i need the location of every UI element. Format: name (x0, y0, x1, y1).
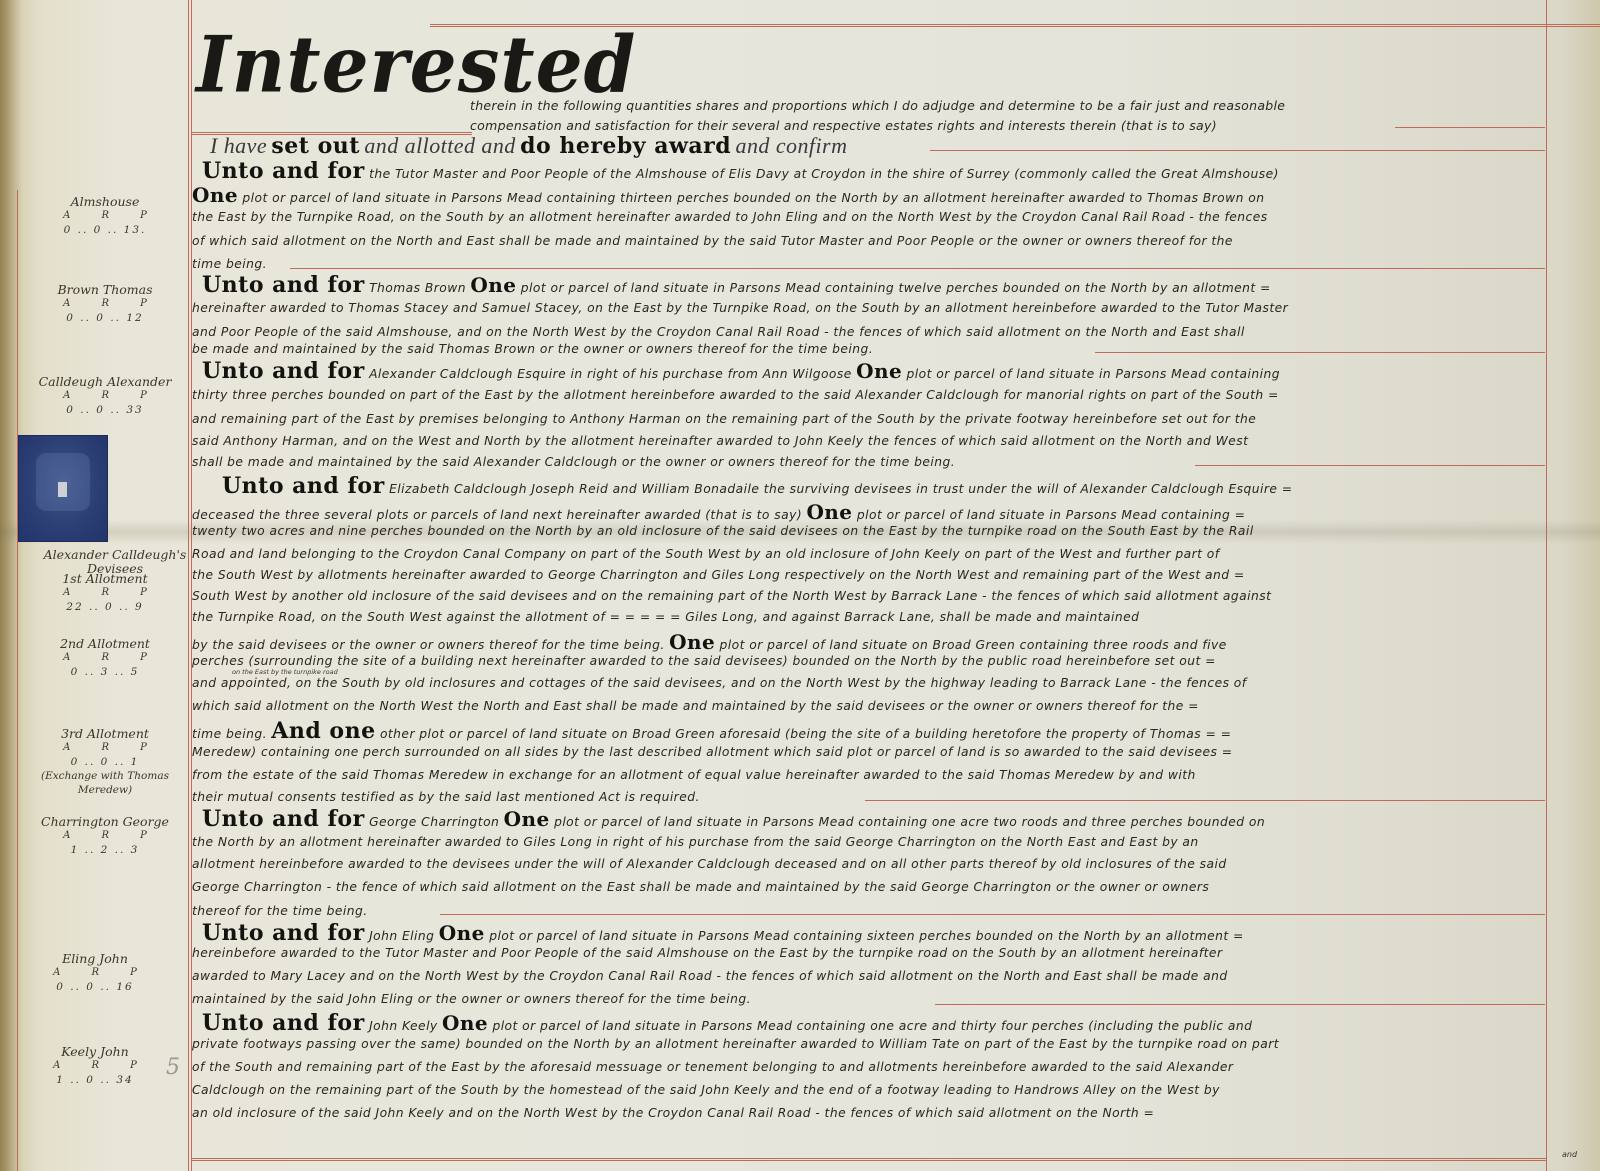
margin-note-calldeugh: Calldeugh Alexander A R P 0 .. 0 .. 33 (20, 375, 190, 417)
line-fill-1 (1395, 127, 1545, 128)
margin-extra: (Exchange with Thomas Meredew) (20, 769, 190, 797)
paragraph-lead: Unto and for (202, 806, 365, 832)
margin-note-charrington: Charrington George A R P 1 .. 2 .. 3 (20, 815, 190, 857)
paragraph-text: time being. (192, 257, 1542, 271)
margin-arp: A R P (20, 741, 190, 755)
paragraph-text: allotment hereinbefore awarded to the de… (192, 857, 1542, 871)
paragraph-text: Meredew) containing one perch surrounded… (192, 745, 1542, 759)
heading-tail-1: therein in the following quantities shar… (470, 98, 1285, 113)
paragraph-text: Road and land belonging to the Croydon C… (192, 547, 1542, 561)
margin-value: 0 .. 0 .. 33 (20, 403, 190, 417)
paragraph-text: which said allotment on the North West t… (192, 699, 1542, 713)
one-marker: One (442, 1011, 488, 1035)
award-set-out: set out (271, 133, 360, 159)
paragraph-text: their mutual consents testified as by th… (192, 790, 1542, 804)
paragraph-text: plot or parcel of land situate in Parson… (492, 1019, 1252, 1033)
paragraph-text: Caldclough on the remaining part of the … (192, 1083, 1542, 1097)
paragraph-text: John Keely (369, 1019, 438, 1033)
paragraph-text: George Charrington - the fence of which … (192, 880, 1542, 894)
paragraph-text: the Turnpike Road, on the South West aga… (192, 610, 1542, 624)
paragraph-text: plot or parcel of land situate on Broad … (720, 638, 1227, 652)
margin-arp: A R P (20, 651, 190, 665)
paragraph-lead: Unto and for (202, 920, 365, 946)
paragraph-text: plot or parcel of land situate in Parson… (857, 508, 1246, 522)
paragraph-text: hereinbefore awarded to the Tutor Master… (192, 946, 1542, 960)
award-line: I have set out and allotted and do hereb… (192, 133, 1542, 159)
margin-arp: A R P (20, 586, 190, 600)
paragraph-text: Thomas Brown (369, 281, 466, 295)
paragraph-text: perches (surrounding the site of a build… (192, 654, 1542, 668)
embossed-seal (18, 435, 108, 542)
paragraph-text: of the South and remaining part of the E… (192, 1060, 1542, 1074)
margin-value: 0 .. 0 .. 13. (20, 223, 190, 237)
margin-value: 0 .. 3 .. 5 (20, 665, 190, 679)
margin-arp: A R P (20, 389, 190, 403)
paragraph-text: George Charrington (369, 815, 499, 829)
margin-rule-right (1546, 0, 1547, 1171)
paragraph-text: Elizabeth Caldclough Joseph Reid and Wil… (389, 482, 1292, 496)
margin-note-keely: Keely John A R P 1 .. 0 .. 34 (10, 1045, 180, 1087)
paragraph-text: of which said allotment on the North and… (192, 234, 1542, 248)
paragraph-text: the East by the Turnpike Road, on the So… (192, 210, 1542, 224)
paragraph-text: other plot or parcel of land situate on … (380, 727, 1231, 741)
margin-value: 0 .. 0 .. 16 (10, 980, 180, 994)
paragraph-text: and appointed, on the South by old inclo… (192, 676, 1542, 690)
award-allotted: and allotted and (364, 133, 515, 158)
paragraph-text: thirty three perches bounded on part of … (192, 388, 1542, 402)
paragraph-text: an old inclosure of the said John Keely … (192, 1106, 1542, 1120)
margin-note-allotment-3: 3rd Allotment A R P 0 .. 0 .. 1 (Exchang… (20, 727, 190, 797)
one-marker: One (806, 500, 852, 524)
one-marker: One (192, 183, 238, 207)
paragraph-text: plot or parcel of land situate in Parson… (907, 367, 1280, 381)
margin-name: 2nd Allotment (20, 637, 190, 651)
margin-rule-left (17, 190, 18, 1171)
paragraph-lead: Unto and for (202, 1010, 365, 1036)
margin-note-allotment-2: 2nd Allotment A R P 0 .. 3 .. 5 (20, 637, 190, 679)
award-confirm: and confirm (736, 133, 848, 158)
paragraph-text: from the estate of the said Thomas Mered… (192, 768, 1542, 782)
one-marker: One (856, 359, 902, 383)
left-edge-stain (0, 0, 22, 1171)
paragraph-lead: Unto and for (202, 158, 365, 184)
paragraph-text: and Poor People of the said Almshouse, a… (192, 325, 1542, 339)
paragraph-text: hereinafter awarded to Thomas Stacey and… (192, 301, 1542, 315)
pencil-page-number: 5 (166, 1055, 180, 1080)
margin-note-almshouse: Almshouse A R P 0 .. 0 .. 13. (20, 195, 190, 237)
and-one-marker: And one (271, 718, 375, 744)
bottom-rule (192, 1158, 1546, 1161)
margin-arp: A R P (20, 829, 190, 843)
paragraph-text: plot or parcel of land situate in Parson… (554, 815, 1265, 829)
paragraph-text: Alexander Caldclough Esquire in right of… (369, 367, 852, 381)
award-i-have: I have (210, 133, 267, 158)
margin-value: 22 .. 0 .. 9 (20, 600, 190, 614)
heading-tail-2: compensation and satisfaction for their … (470, 118, 1217, 133)
paragraph-text: shall be made and maintained by the said… (192, 455, 1542, 469)
paragraph-text: twenty two acres and nine perches bounde… (192, 524, 1542, 538)
paragraph-text: be made and maintained by the said Thoma… (192, 342, 1542, 356)
margin-name: 3rd Allotment (20, 727, 190, 741)
paragraph-lead: Unto and for (202, 272, 365, 298)
margin-name: Almshouse (20, 195, 190, 209)
one-marker: One (439, 921, 485, 945)
margin-value: 1 .. 2 .. 3 (20, 843, 190, 857)
paragraph-text: thereof for the time being. (192, 904, 1542, 918)
paragraph-text: time being. (192, 727, 267, 741)
margin-name: Calldeugh Alexander (20, 375, 190, 389)
paragraph-text: South West by another old inclosure of t… (192, 589, 1542, 603)
one-marker: One (504, 807, 550, 831)
paragraph-text: the Tutor Master and Poor People of the … (369, 167, 1279, 181)
margin-arp: A R P (20, 297, 190, 311)
margin-name: Eling John (10, 952, 180, 966)
paragraph-text: private footways passing over the same) … (192, 1037, 1542, 1051)
interlinear-note: on the East by the turnpike road (232, 668, 338, 676)
one-marker: One (669, 630, 715, 654)
paragraph-text: plot or parcel of land situate in Parson… (242, 191, 1264, 205)
margin-arp: A R P (20, 209, 190, 223)
paragraph-text: said Anthony Harman, and on the West and… (192, 434, 1542, 448)
seal-foil (58, 482, 67, 497)
margin-name: Charrington George (20, 815, 190, 829)
paragraph-text: deceased the three several plots or parc… (192, 508, 802, 522)
margin-value: 0 .. 0 .. 1 (20, 755, 190, 769)
paragraph-text: John Eling (369, 929, 434, 943)
margin-note-allotment-1: 1st Allotment A R P 22 .. 0 .. 9 (20, 572, 190, 614)
paragraph-text: plot or parcel of land situate in Parson… (489, 929, 1244, 943)
margin-name: 1st Allotment (20, 572, 190, 586)
paragraph-text: maintained by the said John Eling or the… (192, 992, 1542, 1006)
document-heading: Interested (196, 20, 636, 110)
award-do-hereby: do hereby award (520, 133, 731, 159)
paragraph-text: awarded to Mary Lacey and on the North W… (192, 969, 1542, 983)
one-marker: One (470, 273, 516, 297)
paragraph-lead: Unto and for (222, 473, 385, 499)
paragraph-text: by the said devisees or the owner or own… (192, 638, 665, 652)
paragraph-text: the North by an allotment hereinafter aw… (192, 835, 1542, 849)
paragraph-lead: Unto and for (202, 358, 365, 384)
margin-name: Brown Thomas (20, 283, 190, 297)
paragraph-text: plot or parcel of land situate in Parson… (521, 281, 1271, 295)
margin-name: Keely John (10, 1045, 180, 1059)
margin-arp: A R P (10, 1059, 180, 1073)
margin-note-eling: Eling John A R P 0 .. 0 .. 16 (10, 952, 180, 994)
catchword: and (1562, 1150, 1577, 1159)
margin-value: 0 .. 0 .. 12 (20, 311, 190, 325)
paragraph-text: the South West by allotments hereinafter… (192, 568, 1542, 582)
margin-value: 1 .. 0 .. 34 (10, 1073, 180, 1087)
paragraph-text: and remaining part of the East by premis… (192, 412, 1542, 426)
margin-arp: A R P (10, 966, 180, 980)
margin-note-brown: Brown Thomas A R P 0 .. 0 .. 12 (20, 283, 190, 325)
